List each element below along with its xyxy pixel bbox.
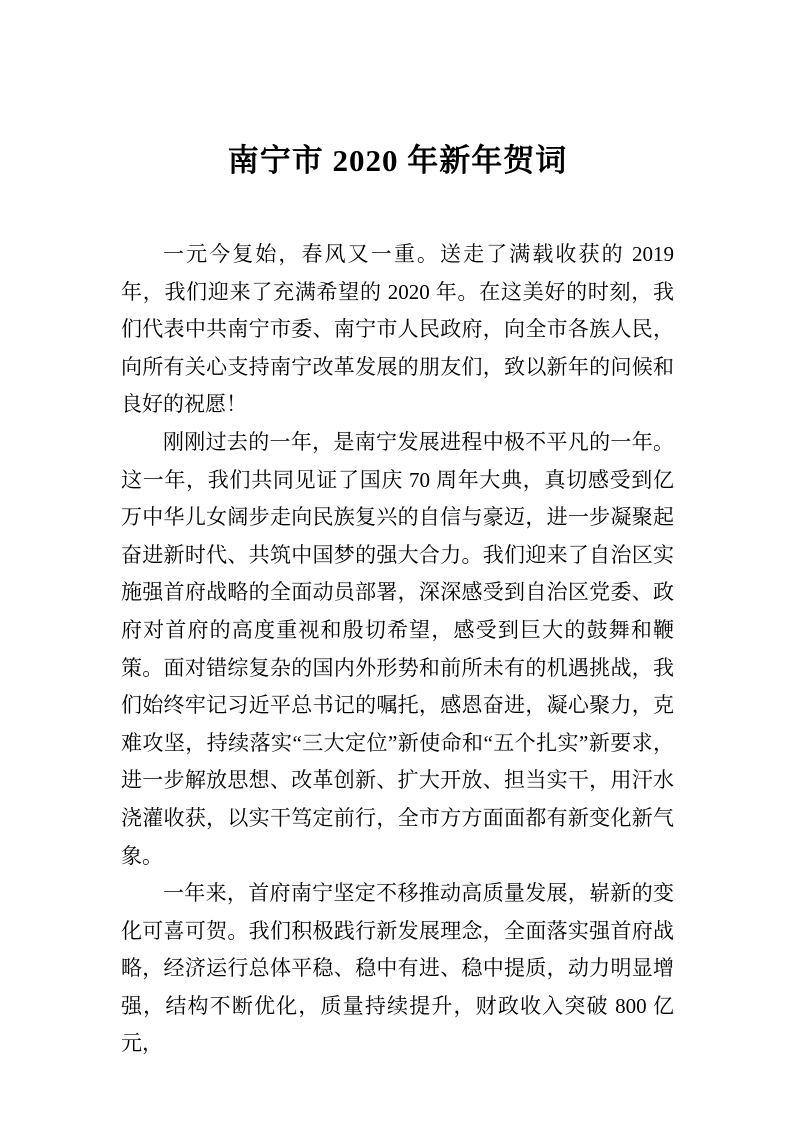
document-title: 南宁市 2020 年新年贺词 (121, 143, 674, 179)
paragraph-year-review: 刚刚过去的一年，是南宁发展进程中极不平凡的一年。这一年，我们共同见证了国庆 70… (121, 424, 674, 875)
document-body: 一元今复始，春风又一重。送走了满载收获的 2019 年，我们迎来了充满希望的 2… (121, 236, 674, 1063)
paragraph-greeting: 一元今复始，春风又一重。送走了满载收获的 2019 年，我们迎来了充满希望的 2… (121, 236, 674, 424)
document-page: 南宁市 2020 年新年贺词 一元今复始，春风又一重。送走了满载收获的 2019… (0, 0, 793, 1122)
paragraph-development-achievements: 一年来，首府南宁坚定不移推动高质量发展，崭新的变化可喜可贺。我们积极践行新发展理… (121, 875, 674, 1063)
